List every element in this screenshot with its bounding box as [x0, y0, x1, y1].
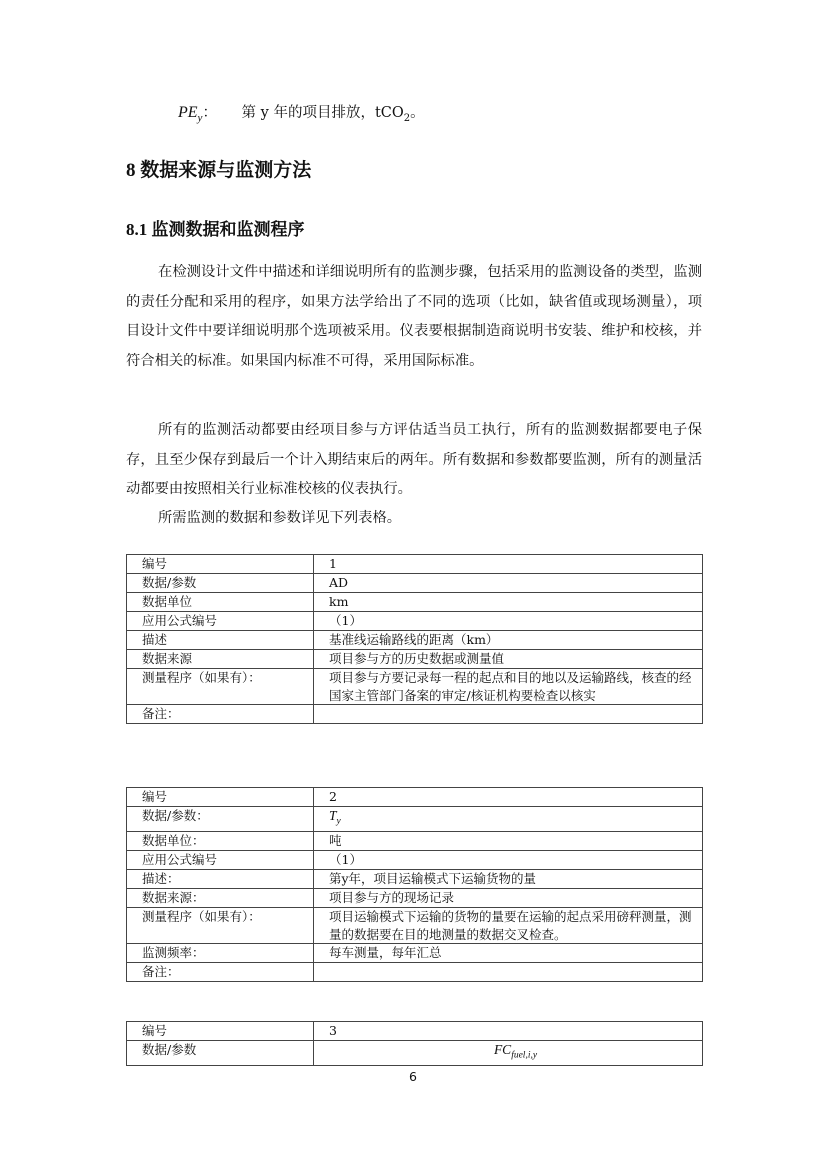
table-row: 数据单位：吨 [127, 832, 703, 851]
paragraph: 所有的监测活动都要由经项目参与方评估适当员工执行，所有的监测数据都要电子保存，且… [126, 416, 702, 505]
table-row: 应用公式编号（1） [127, 612, 703, 631]
table-row: 测量程序（如果有）：项目参与方要记录每一程的起点和目的地以及运输路线，核查的经国… [127, 669, 703, 705]
table-row: 应用公式编号（1） [127, 851, 703, 870]
parameter-table-1: 编号1 数据/参数AD 数据单位km 应用公式编号（1） 描述基准线运输路线的距… [126, 554, 703, 724]
table-row: 编号2 [127, 788, 703, 807]
parameter-table-3: 编号3 数据/参数FCfuel,i,y [126, 1021, 703, 1066]
variable-description: 第 y 年的项目排放，tCO2。 [242, 105, 425, 121]
parameter-table-2: 编号2 数据/参数：Ty 数据单位：吨 应用公式编号（1） 描述：第y年，项目运… [126, 787, 703, 982]
table-row: 备注： [127, 705, 703, 724]
table-row: 描述基准线运输路线的距离（km） [127, 631, 703, 650]
paragraph: 所需监测的数据和参数详见下列表格。 [126, 504, 702, 534]
table-row: 测量程序（如果有）：项目运输模式下运输的货物的量要在运输的起点采用磅秤测量，测量… [127, 908, 703, 944]
table-row: 数据来源：项目参与方的现场记录 [127, 889, 703, 908]
table-row: 描述：第y年，项目运输模式下运输货物的量 [127, 870, 703, 889]
formula-variable-definition: PEy： 第 y 年的项目排放，tCO2。 [178, 103, 425, 129]
table-row: 数据/参数：Ty [127, 807, 703, 832]
parameter-symbol: FCfuel,i,y [494, 1042, 537, 1057]
table-row: 数据单位km [127, 593, 703, 612]
page-number: 6 [0, 1069, 826, 1084]
variable-symbol: PEy [178, 104, 202, 121]
table-row: 数据/参数AD [127, 574, 703, 593]
table-row: 监测频率：每车测量，每年汇总 [127, 944, 703, 963]
table-row: 编号1 [127, 555, 703, 574]
table-row: 编号3 [127, 1022, 703, 1041]
parameter-symbol: Ty [329, 808, 341, 823]
table-row: 备注： [127, 963, 703, 982]
section-heading: 8 数据来源与监测方法 [126, 158, 311, 184]
table-row: 数据来源项目参与方的历史数据或测量值 [127, 650, 703, 669]
subsection-heading: 8.1 监测数据和监测程序 [126, 218, 305, 242]
paragraph: 在检测设计文件中描述和详细说明所有的监测步骤，包括采用的监测设备的类型，监测的责… [126, 258, 702, 376]
table-row: 数据/参数FCfuel,i,y [127, 1041, 703, 1066]
